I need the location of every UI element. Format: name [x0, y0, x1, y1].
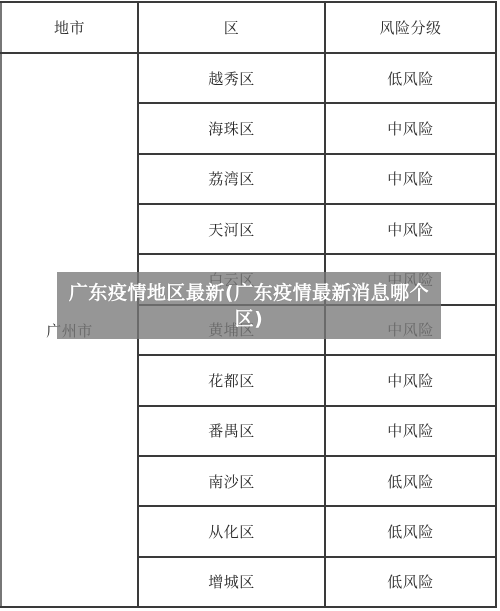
table-header-row: 地市 区 风险分级 — [1, 2, 496, 53]
risk-cell: 低风险 — [325, 557, 496, 607]
overlay-title: 广东疫情地区最新(广东疫情最新消息哪个区) — [69, 282, 429, 330]
district-cell: 南沙区 — [138, 456, 325, 506]
district-cell: 天河区 — [138, 204, 325, 254]
risk-cell: 中风险 — [325, 406, 496, 456]
header-district: 区 — [138, 2, 325, 53]
header-city: 地市 — [1, 2, 138, 53]
district-cell: 番禺区 — [138, 406, 325, 456]
district-cell: 荔湾区 — [138, 154, 325, 204]
header-risk-level: 风险分级 — [325, 2, 496, 53]
risk-cell: 中风险 — [325, 355, 496, 405]
risk-cell: 低风险 — [325, 456, 496, 506]
district-cell: 海珠区 — [138, 103, 325, 153]
risk-cell: 低风险 — [325, 506, 496, 556]
district-cell: 从化区 — [138, 506, 325, 556]
risk-cell: 低风险 — [325, 53, 496, 103]
table-row: 广州市 越秀区 低风险 — [1, 53, 496, 103]
district-cell: 增城区 — [138, 557, 325, 607]
district-cell: 越秀区 — [138, 53, 325, 103]
risk-cell: 中风险 — [325, 154, 496, 204]
title-overlay-banner: 广东疫情地区最新(广东疫情最新消息哪个区) — [57, 272, 441, 339]
risk-cell: 中风险 — [325, 204, 496, 254]
risk-cell: 中风险 — [325, 103, 496, 153]
district-cell: 花都区 — [138, 355, 325, 405]
